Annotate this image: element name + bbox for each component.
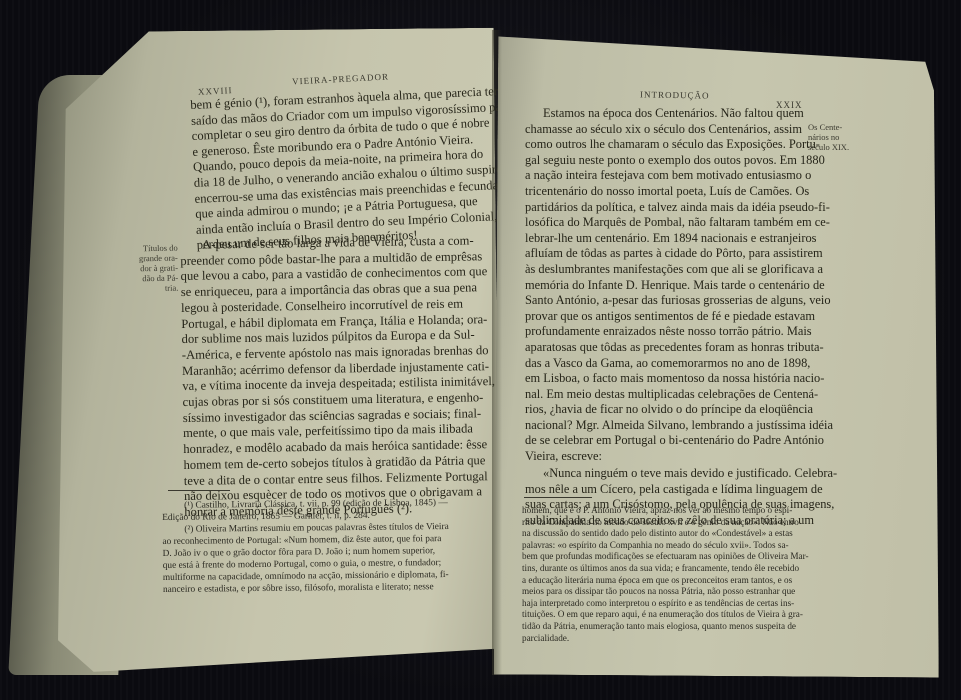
right-footnote-block: homem, que é o P. António Vieira, apraz-… [522,505,834,644]
right-footnote-rule [524,497,592,498]
right-running-head: INTRODUÇÃO [640,89,710,100]
left-footnotes: (¹) Castilho, Livraria Clássica, t. vii,… [162,497,478,596]
right-paragraph-1: Estamos na época dos Centenários. Não fa… [525,106,810,465]
left-footnote-rule [168,490,230,491]
book-gutter [492,30,502,675]
left-paragraph-2: A-pesar de ser tão larga a vida de Vieir… [180,233,484,520]
left-paragraph-1: bem é génio (¹), foram estranhos àquela … [190,85,487,254]
left-margin-note: Títulos do grande ora- dor à grati- dão … [130,243,179,294]
left-folio: XXVIII [198,85,233,97]
